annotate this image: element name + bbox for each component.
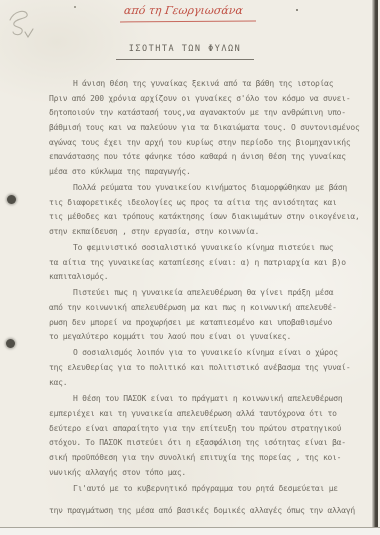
text-line: τις διαφορετικές ιδεολογίες ως προς τα α… [49,196,371,211]
page-right-edge-shadow [372,0,378,528]
text-line: μέσα στο κύκλωμα της παραγωγής. [49,165,371,180]
text-line: δητοποιούν την κατάστασή τους,να αγανακτ… [49,106,371,121]
handwritten-annotation: από τη Γεωργιωσάνα [123,4,264,18]
scanned-document-page: από τη Γεωργιωσάνα ΙΣΟΤΗΤΑ ΤΩΝ ΦΥΛΩΝ Η ά… [0,0,380,535]
text-line: τα αίτια της γυναικείας καταπίεσης είναι… [49,256,371,271]
document-body: Η άνιση θέση της γυναίκας ξεκινά από τα … [49,77,371,520]
paper-speck [74,6,76,8]
paragraph: Το φεμινιστικό σοσιαλιστικό γυναικείο κί… [49,241,371,285]
text-line: την πραγμάτωση της μέσα από βασικές δομι… [49,504,371,519]
paragraph: Πολλά ρεύματα του γυναικείου κινήματος δ… [49,181,371,240]
pencil-scribble [5,7,41,41]
text-line: σική προϋπόθεση για την συνολική επιτυχί… [49,451,371,466]
text-line: από την κοινωνική απελευθέρωση μα και πω… [49,301,371,316]
paragraph: την πραγμάτωση της μέσα από βασικές δομι… [49,504,371,519]
paragraph: Ο σοσιαλισμός λοιπόν για το γυναικείο κί… [49,346,371,390]
text-line: νωνικής αλλαγής στον τόπο μας. [49,466,371,481]
hole-punch-bottom [6,339,15,348]
text-line: βάθμισή τους και να παλεύουν για τα δικα… [49,121,371,136]
paragraph: Γι'αυτό με το κυβερνητικό πρόγραμμα του … [49,482,371,497]
paragraph: Η άνιση θέση της γυναίκας ξεκινά από τα … [49,77,371,180]
text-line: Πιστεύει πως η γυναικεία απελευθέρωση θα… [49,286,371,301]
page-bottom-edge [0,527,380,535]
text-line: κας. [49,376,371,391]
text-line: Πριν από 200 χρόνια αρχίζουν οι γυναίκες… [49,92,371,107]
text-line: Πολλά ρεύματα του γυναικείου κινήματος δ… [49,181,371,196]
text-line: αγώνας τους έχει την αρχή του κυρίως στη… [49,136,371,151]
text-line: Το φεμινιστικό σοσιαλιστικό γυναικείο κί… [49,241,371,256]
text-line: της ελευθερίας για το πολιτικό και πολιτ… [49,361,371,376]
text-line: Γι'αυτό με το κυβερνητικό πρόγραμμα του … [49,482,371,497]
hole-punch-top [7,195,16,204]
text-line: εμπεριέχει και τη γυναικεία απελευθέρωση… [49,407,371,422]
text-line: Η θέση του ΠΑΣΟΚ είναι το πράγματι η κοι… [49,392,371,407]
document-title: ΙΣΟΤΗΤΑ ΤΩΝ ΦΥΛΩΝ [116,44,254,60]
text-line: στην εκπαίδευση , στην εργασία, στην κοι… [49,225,371,240]
paper-speck [296,9,298,11]
text-line: Ο σοσιαλισμός λοιπόν για το γυναικείο κί… [49,346,371,361]
paragraph: Πιστεύει πως η γυναικεία απελευθέρωση θα… [49,286,371,345]
text-line: ρωση δεν μπορεί να προχωρήσει με καταπιε… [49,316,371,331]
text-line: Η άνιση θέση της γυναίκας ξεκινά από τα … [49,77,371,92]
text-line: τις μέθοδες και τρόπους κατάκτησης ίσων … [49,210,371,225]
text-line: δεύτερο είναι απαραίτητο για την επίτευξ… [49,422,371,437]
paragraph: Η θέση του ΠΑΣΟΚ είναι το πράγματι η κοι… [49,392,371,480]
text-line: καπιταλισμός. [49,270,371,285]
text-line: το μεγαλύτερο κομμάτι του λαού που είναι… [49,330,371,345]
text-line: επανάστασης που τότε φάνηκε τόσο καθαρά … [49,150,371,165]
text-line: στόχου. Το ΠΑΣΟΚ πιστεύει ότι η εξασφάλι… [49,436,371,451]
